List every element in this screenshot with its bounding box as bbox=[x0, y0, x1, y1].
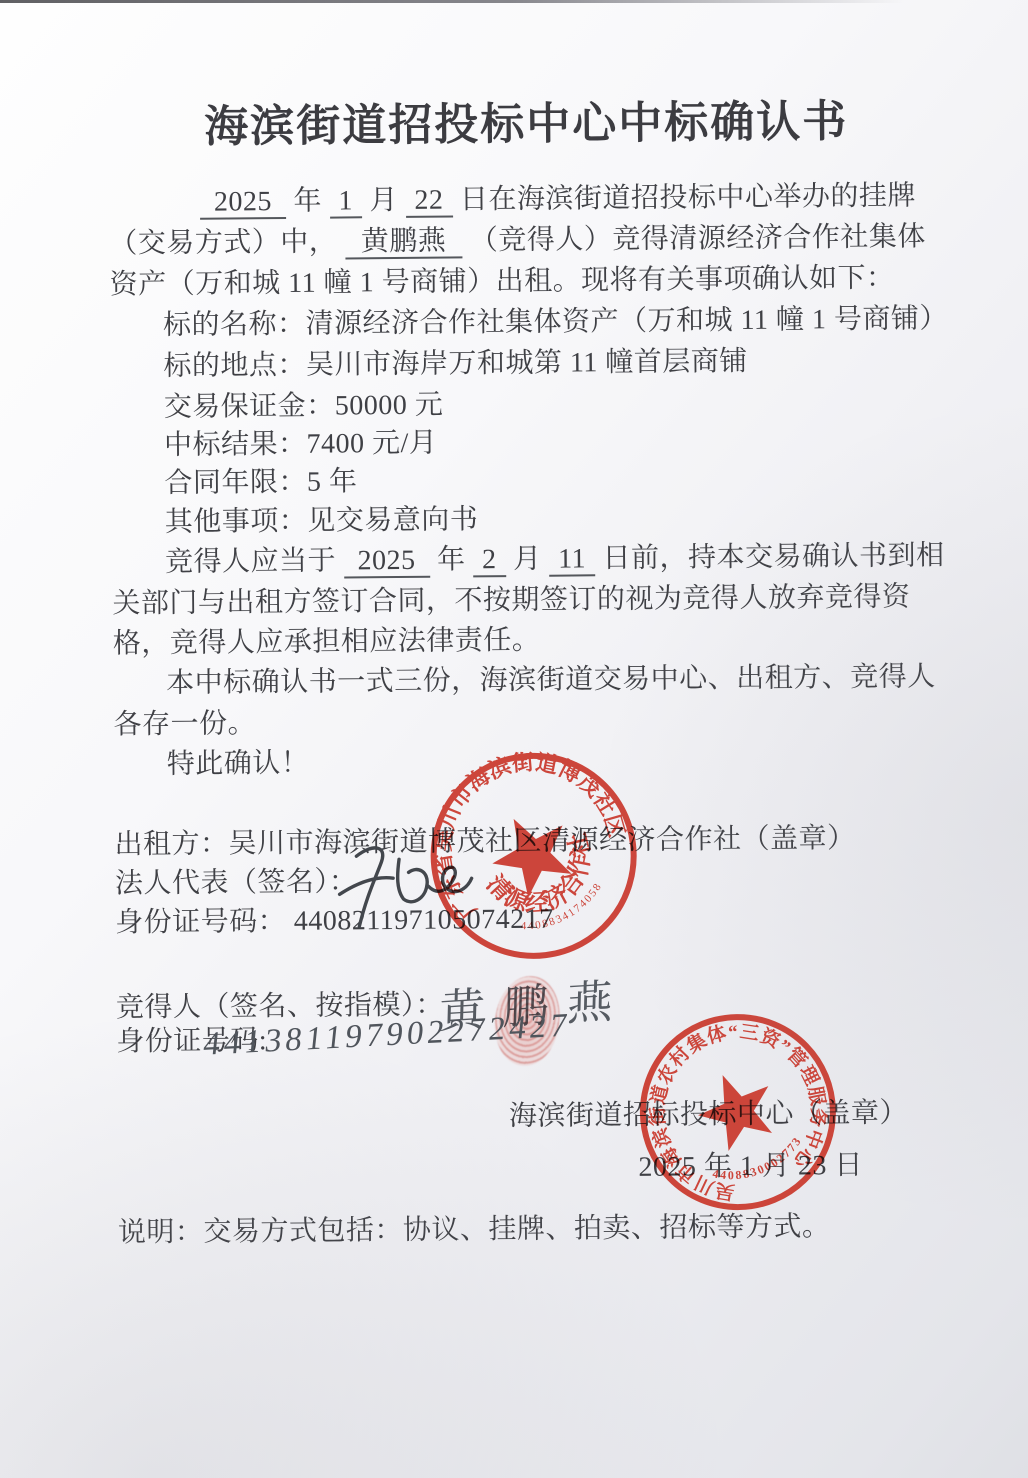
field-label: 其他事项： bbox=[165, 506, 308, 538]
blank-bidder-name: 黄鹏燕 bbox=[345, 226, 463, 259]
field-label: 交易保证金： bbox=[164, 391, 335, 423]
copies-line-2: 各存一份。 bbox=[113, 707, 256, 742]
deadline-line-3: 格，竞得人应承担相应法律责任。 bbox=[113, 624, 541, 662]
field-value: 见交易意向书 bbox=[307, 504, 478, 536]
intro-line-1: 2025 年 1 月 22 日在海滨街道招投标中心举办的挂牌 bbox=[200, 179, 916, 219]
blank-day: 22 bbox=[405, 186, 452, 218]
document-sheet: 海滨街道招投标中心中标确认书 2025 年 1 月 22 日在海滨街道招投标中心… bbox=[0, 0, 1028, 1478]
blank-year: 2025 bbox=[200, 187, 286, 220]
month-unit: 月 bbox=[369, 185, 398, 216]
field-label: 标的名称： bbox=[163, 309, 306, 341]
deadline-post: 日前，持本交易确认书到相 bbox=[602, 540, 944, 574]
intro-line-2-post: （竞得人）竞得清源经济合作社集体 bbox=[470, 221, 926, 256]
field-label: 标的地点： bbox=[163, 350, 306, 382]
management-center-seal-stamp: 吴川市海滨街道农村集体“三资”管理服务中心 4408830002773 bbox=[601, 975, 875, 1249]
field-value: 50000 元 bbox=[335, 390, 444, 422]
deadline-month-unit: 月 bbox=[513, 544, 542, 575]
blank-deadline-year: 2025 bbox=[343, 546, 429, 579]
intro-line-1-text: 日在海滨街道招投标中心举办的挂牌 bbox=[460, 180, 916, 215]
year-unit: 年 bbox=[293, 186, 322, 217]
field-label: 合同年限： bbox=[164, 467, 307, 499]
blank-month: 1 bbox=[329, 186, 362, 218]
scanned-document-page: 海滨街道招投标中心中标确认书 2025 年 1 月 22 日在海滨街道招投标中心… bbox=[0, 0, 1028, 1478]
field-row-subject-name: 标的名称：清源经济合作社集体资产（万和城 11 幢 1 号商铺） bbox=[163, 302, 948, 343]
deadline-line-2: 关部门与出租方签订合同，不按期签订的视为竞得人放弃竞得资 bbox=[112, 581, 910, 622]
lessor-id-label: 身份证号码： bbox=[115, 906, 286, 938]
confirm-line: 特此确认！ bbox=[167, 747, 310, 782]
field-row-bid-result: 中标结果：7400 元/月 bbox=[164, 427, 438, 463]
deadline-year-unit: 年 bbox=[437, 544, 466, 575]
intro-line-2-pre: （交易方式）中， bbox=[109, 227, 337, 260]
blank-deadline-month: 2 bbox=[473, 545, 506, 577]
field-value: 7400 元/月 bbox=[306, 428, 437, 460]
deadline-line-1: 竞得人应当于 2025 年 2 月 11 日前，持本交易确认书到相 bbox=[165, 539, 945, 580]
field-label: 中标结果： bbox=[164, 429, 307, 461]
field-row-other-matters: 其他事项：见交易意向书 bbox=[165, 503, 479, 540]
field-value: 清源经济合作社集体资产（万和城 11 幢 1 号商铺） bbox=[305, 303, 948, 340]
document-title: 海滨街道招投标中心中标确认书 bbox=[0, 84, 1024, 157]
star-icon bbox=[687, 1061, 785, 1157]
field-value: 5 年 bbox=[307, 466, 358, 497]
cooperative-seal-stamp: 广东省吴川市海滨街道博茂社区 清源经济合作社 4408834174058 bbox=[385, 707, 683, 1005]
blank-deadline-day: 11 bbox=[549, 544, 595, 576]
field-row-subject-location: 标的地点：吴川市海岸万和城第 11 幢首层商铺 bbox=[163, 345, 748, 384]
intro-line-2: （交易方式）中， 黄鹏燕 （竞得人）竞得清源经济合作社集体 bbox=[109, 220, 926, 261]
intro-line-3: 资产（万和城 11 幢 1 号商铺）出租。现将有关事项确认如下： bbox=[110, 262, 895, 303]
field-value: 吴川市海岸万和城第 11 幢首层商铺 bbox=[306, 346, 748, 381]
deadline-pre: 竞得人应当于 bbox=[165, 546, 336, 578]
field-row-deposit: 交易保证金：50000 元 bbox=[164, 389, 444, 425]
copies-line-1: 本中标确认书一式三份，海滨街道交易中心、出租方、竞得人 bbox=[166, 660, 936, 701]
field-row-contract-term: 合同年限：5 年 bbox=[164, 465, 357, 501]
